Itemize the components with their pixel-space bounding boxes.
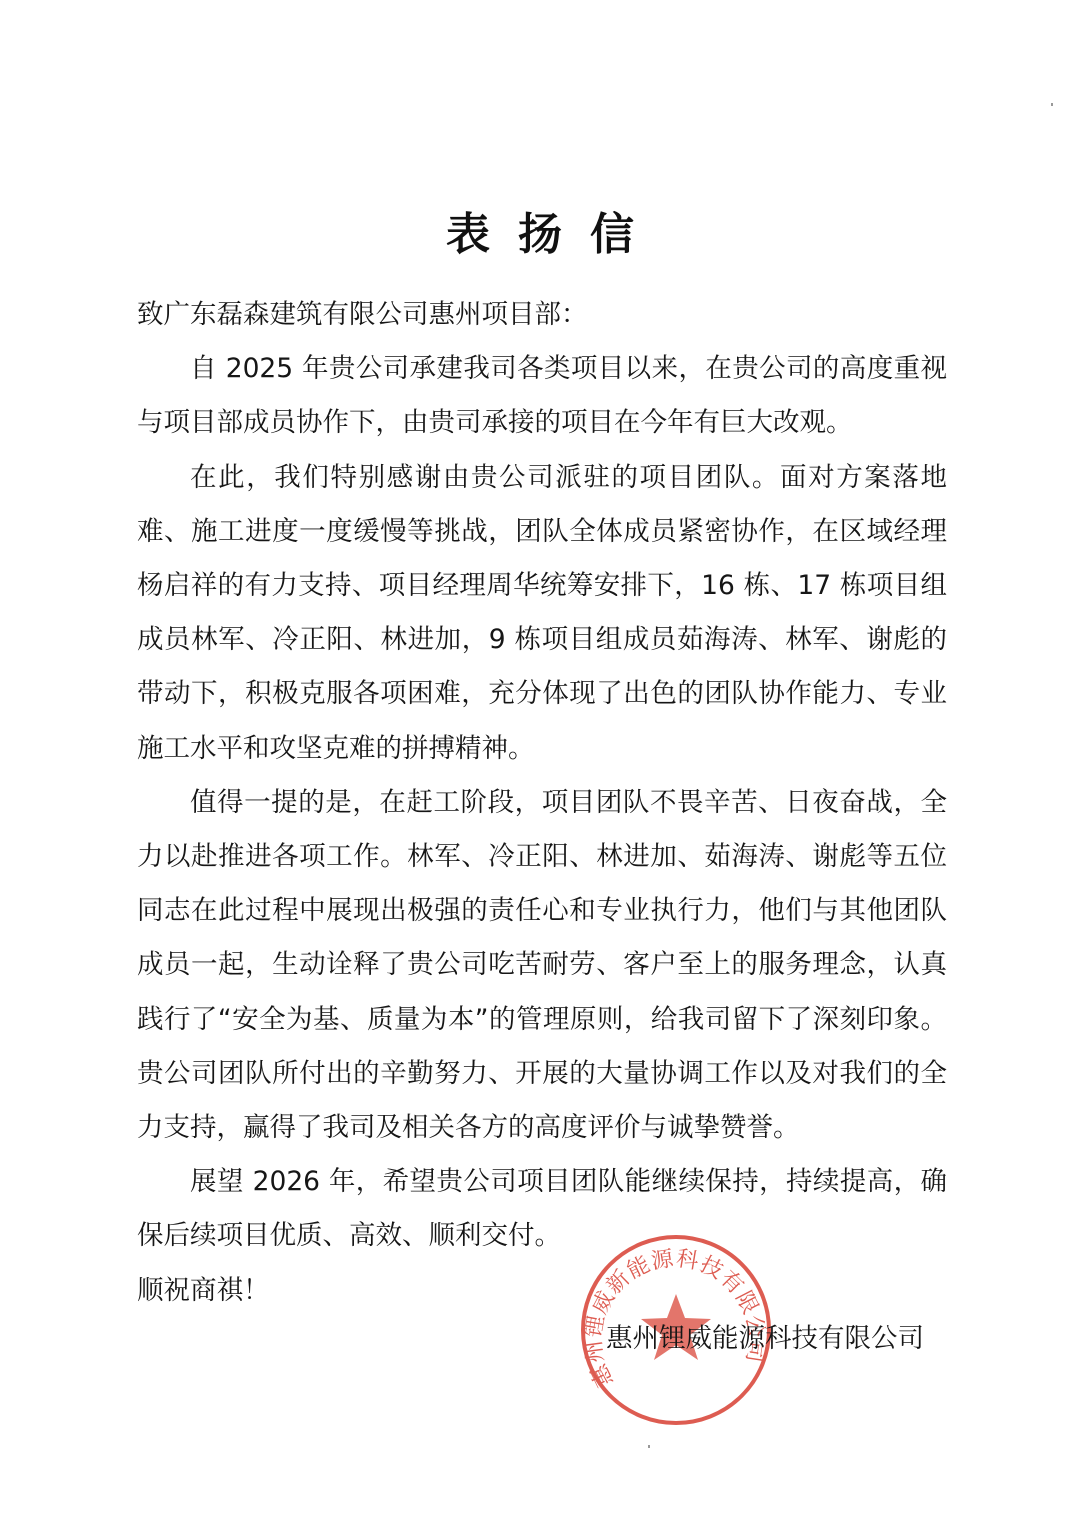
signature-company-name: 惠州锂威能源科技有限公司 [606, 1316, 924, 1355]
scan-speck [648, 1445, 650, 1448]
letter-paragraph-4: 展望 2026 年，希望贵公司项目团队能继续保持，持续提高，确保后续项目优质、高… [137, 1155, 947, 1263]
letter-closing: 顺祝商祺！ [137, 1264, 947, 1318]
letter-body: 致广东磊森建筑有限公司惠州项目部： 自 2025 年贵公司承建我司各类项目以来，… [137, 288, 947, 1318]
letter-title: 表扬信 [0, 198, 1080, 262]
letter-salutation: 致广东磊森建筑有限公司惠州项目部： [137, 288, 947, 342]
scan-speck [1051, 103, 1053, 106]
letter-page: 表扬信 致广东磊森建筑有限公司惠州项目部： 自 2025 年贵公司承建我司各类项… [0, 0, 1080, 1528]
letter-paragraph-2: 在此，我们特别感谢由贵公司派驻的项目团队。面对方案落地难、施工进度一度缓慢等挑战… [137, 451, 947, 776]
letter-paragraph-3: 值得一提的是，在赶工阶段，项目团队不畏辛苦、日夜奋战，全力以赴推进各项工作。林军… [137, 776, 947, 1155]
letter-paragraph-1: 自 2025 年贵公司承建我司各类项目以来，在贵公司的高度重视与项目部成员协作下… [137, 342, 947, 450]
